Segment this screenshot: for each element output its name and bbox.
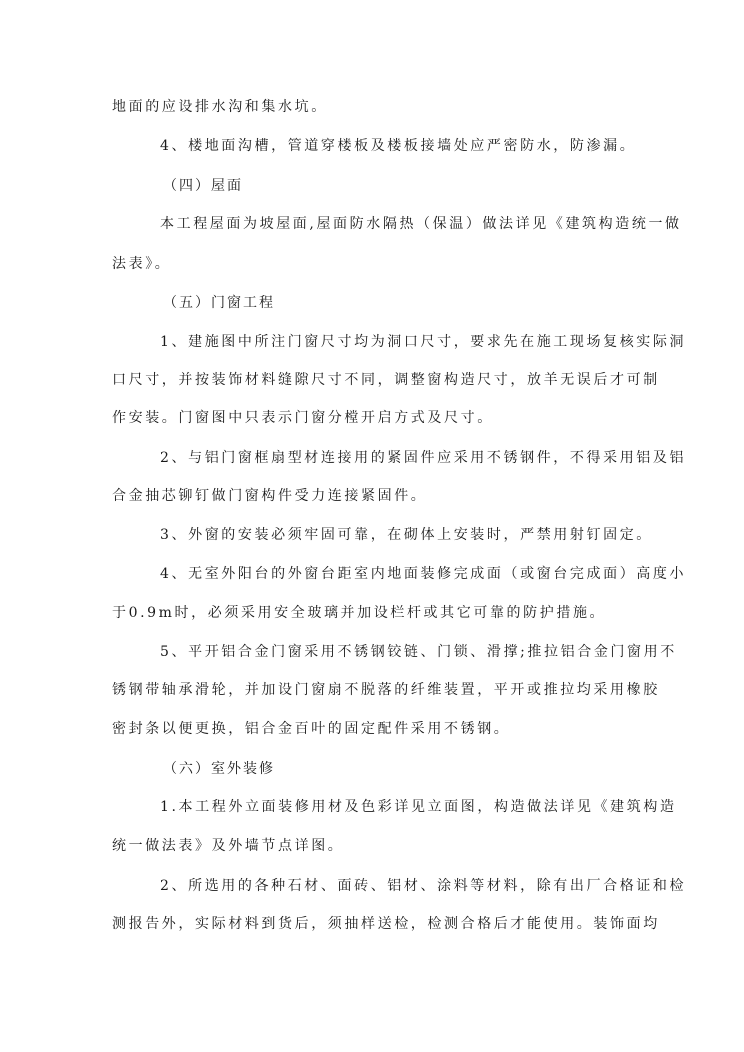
section-heading-roof: （四）屋面 xyxy=(163,176,243,196)
paragraph-item-1: 1.本工程外立面装修用材及色彩详见立面图，构造做法详见《建筑构造 xyxy=(160,797,677,817)
paragraph-item-5: 5、平开铝合金门窗采用不锈钢铰链、门锁、滑撑;推拉铝合金门窗用不 xyxy=(160,642,677,662)
text-line: 于0.9m时，必须采用安全玻璃并加设栏杆或其它可靠的防护措施。 xyxy=(112,603,606,623)
text-line: 密封条以便更换，铝合金百叶的固定配件采用不锈钢。 xyxy=(112,719,510,739)
section-heading-exterior-finish: （六）室外装修 xyxy=(163,759,275,779)
text-line: 测报告外，实际材料到货后，须抽样送检，检测合格后才能使用。装饰面均 xyxy=(112,914,660,934)
paragraph-item-3: 3、外窗的安装必须牢固可靠，在砌体上安装时，严禁用射钉固定。 xyxy=(160,525,653,545)
paragraph-item-4: 4、楼地面沟槽，管道穿楼板及楼板接墙处应严密防水，防渗漏。 xyxy=(160,136,636,156)
paragraph-item-4: 4、无室外阳台的外窗台距室内地面装修完成面（或窗台完成面）高度小 xyxy=(160,564,686,584)
document-page: 地面的应设排水沟和集水坑。 4、楼地面沟槽，管道穿楼板及楼板接墙处应严密防水，防… xyxy=(0,0,744,1052)
text-line: 口尺寸，并按装饰材料缝隙尺寸不同，调整窗构造尺寸，放羊无误后才可制 xyxy=(112,370,660,390)
section-heading-doors-windows: （五）门窗工程 xyxy=(163,293,275,313)
text-line: 作安装。门窗图中只表示门窗分樘开启方式及尺寸。 xyxy=(112,408,494,428)
text-line: 地面的应设排水沟和集水坑。 xyxy=(112,97,328,117)
paragraph-item-1: 1、建施图中所注门窗尺寸均为洞口尺寸，要求先在施工现场复核实际洞 xyxy=(160,332,686,352)
text-line: 合金抽芯铆钉做门窗构件受力连接紧固件。 xyxy=(112,486,427,506)
paragraph-item-2: 2、与铝门窗框扇型材连接用的紧固件应采用不锈钢件，不得采用铝及铝 xyxy=(160,448,686,468)
paragraph-item-2: 2、所选用的各种石材、面砖、铝材、涂料等材料，除有出厂合格证和检 xyxy=(160,876,686,896)
paragraph-roof: 本工程屋面为坡屋面,屋面防水隔热（保温）做法详见《建筑构造统一做 xyxy=(160,214,682,234)
text-line: 法表》。 xyxy=(112,254,171,274)
text-line: 统一做法表》及外墙节点详图。 xyxy=(112,836,344,856)
text-line: 锈钢带轴承滑轮，并加设门窗扇不脱落的纤维装置，平开或推拉均采用橡胶 xyxy=(112,680,660,700)
